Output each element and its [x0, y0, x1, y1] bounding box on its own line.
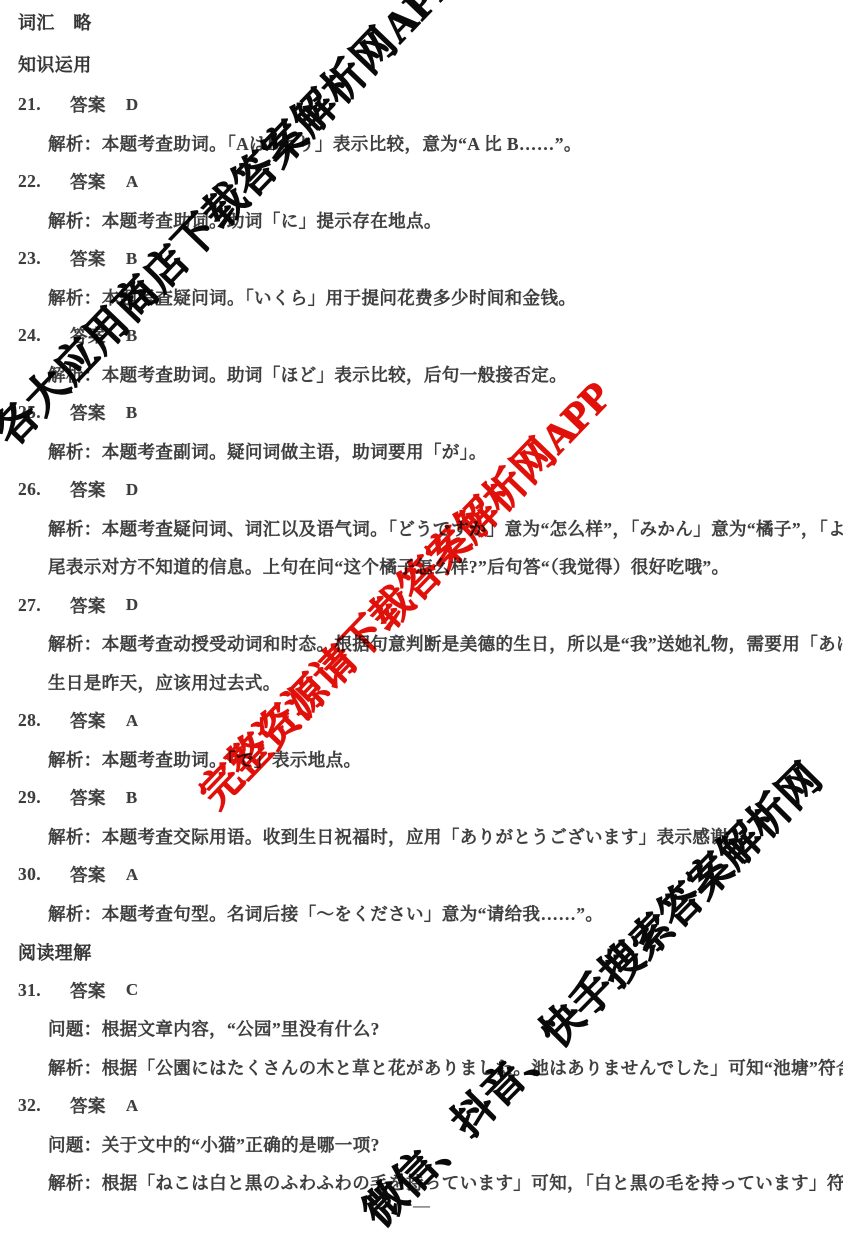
answer-number: 24. [18, 325, 42, 346]
answer-line: 26.答案D [0, 471, 843, 510]
answer-letter: B [126, 788, 138, 808]
answer-line: 31.答案C [0, 971, 843, 1010]
answer-number: 30. [18, 864, 42, 885]
answer-label: 答案 [70, 400, 106, 425]
page-number-mark: — [0, 1196, 843, 1216]
explanation-line: 解析：本题考查助词。「で」表示地点。 [0, 740, 843, 779]
answer-number: 32. [18, 1095, 42, 1116]
answer-letter: C [126, 980, 139, 1000]
scanned-answer-key-page: 词汇 略知识运用21.答案D解析：本题考查助词。「AはBより」表示比较，意为“A… [0, 0, 843, 1243]
answer-label: 答案 [70, 593, 106, 618]
answer-label: 答案 [70, 708, 106, 733]
answer-line: 22.答案A [0, 163, 843, 202]
explanation-line: 解析：本题考查动授受动词和时态。根据句意判断是美德的生日，所以是“我”送她礼物，… [0, 625, 843, 664]
answer-number: 21. [18, 94, 42, 115]
answer-label: 答案 [70, 477, 106, 502]
answer-letter: D [126, 95, 139, 115]
section-title-line: 知识运用 [0, 45, 843, 84]
answer-letter: D [126, 595, 139, 615]
answer-letter: D [126, 480, 139, 500]
explanation-line: 解析：根据「公園にはたくさんの木と草と花がありました。池はありませんでした」可知… [0, 1048, 843, 1087]
answer-number: 23. [18, 248, 42, 269]
answer-number: 31. [18, 980, 42, 1001]
answer-label: 答案 [70, 246, 106, 271]
answer-label: 答案 [70, 1093, 106, 1118]
answer-number: 29. [18, 787, 42, 808]
answer-label: 答案 [70, 862, 106, 887]
answer-line: 25.答案B [0, 394, 843, 433]
answer-line: 21.答案D [0, 86, 843, 125]
answer-number: 22. [18, 171, 42, 192]
explanation-continuation-line: 生日是昨天，应该用过去式。 [0, 663, 843, 702]
explanation-line: 解析：本题考查助词。助词「に」提示存在地点。 [0, 201, 843, 240]
answer-label: 答案 [70, 978, 106, 1003]
answer-line: 32.答案A [0, 1087, 843, 1126]
answer-letter: A [126, 865, 139, 885]
answer-label: 答案 [70, 169, 106, 194]
answer-letter: A [126, 711, 139, 731]
answer-letter: A [126, 1096, 139, 1116]
explanation-line: 解析：本题考查副词。疑问词做主语，助词要用「が」。 [0, 432, 843, 471]
answer-number: 27. [18, 595, 42, 616]
question-line: 问题：根据文章内容，“公园”里没有什么? [0, 1010, 843, 1049]
answer-number: 28. [18, 710, 42, 731]
explanation-line: 解析：本题考查助词。助词「ほど」表示比较，后句一般接否定。 [0, 355, 843, 394]
explanation-line: 解析：本题考查助词。「AはBより」表示比较，意为“A 比 B……”。 [0, 124, 843, 163]
answer-letter: B [126, 403, 138, 423]
answer-number: 26. [18, 479, 42, 500]
answer-label: 答案 [70, 92, 106, 117]
section-title-line: 阅读理解 [0, 933, 843, 972]
answer-label: 答案 [70, 785, 106, 810]
answer-letter: A [126, 172, 139, 192]
answer-line: 23.答案B [0, 240, 843, 279]
answer-line: 29.答案B [0, 779, 843, 818]
answer-line: 28.答案A [0, 702, 843, 741]
explanation-line: 解析：本题考查疑问词、词汇以及语气词。「どうですか」意为“怎么样”，「みかん」意… [0, 509, 843, 548]
